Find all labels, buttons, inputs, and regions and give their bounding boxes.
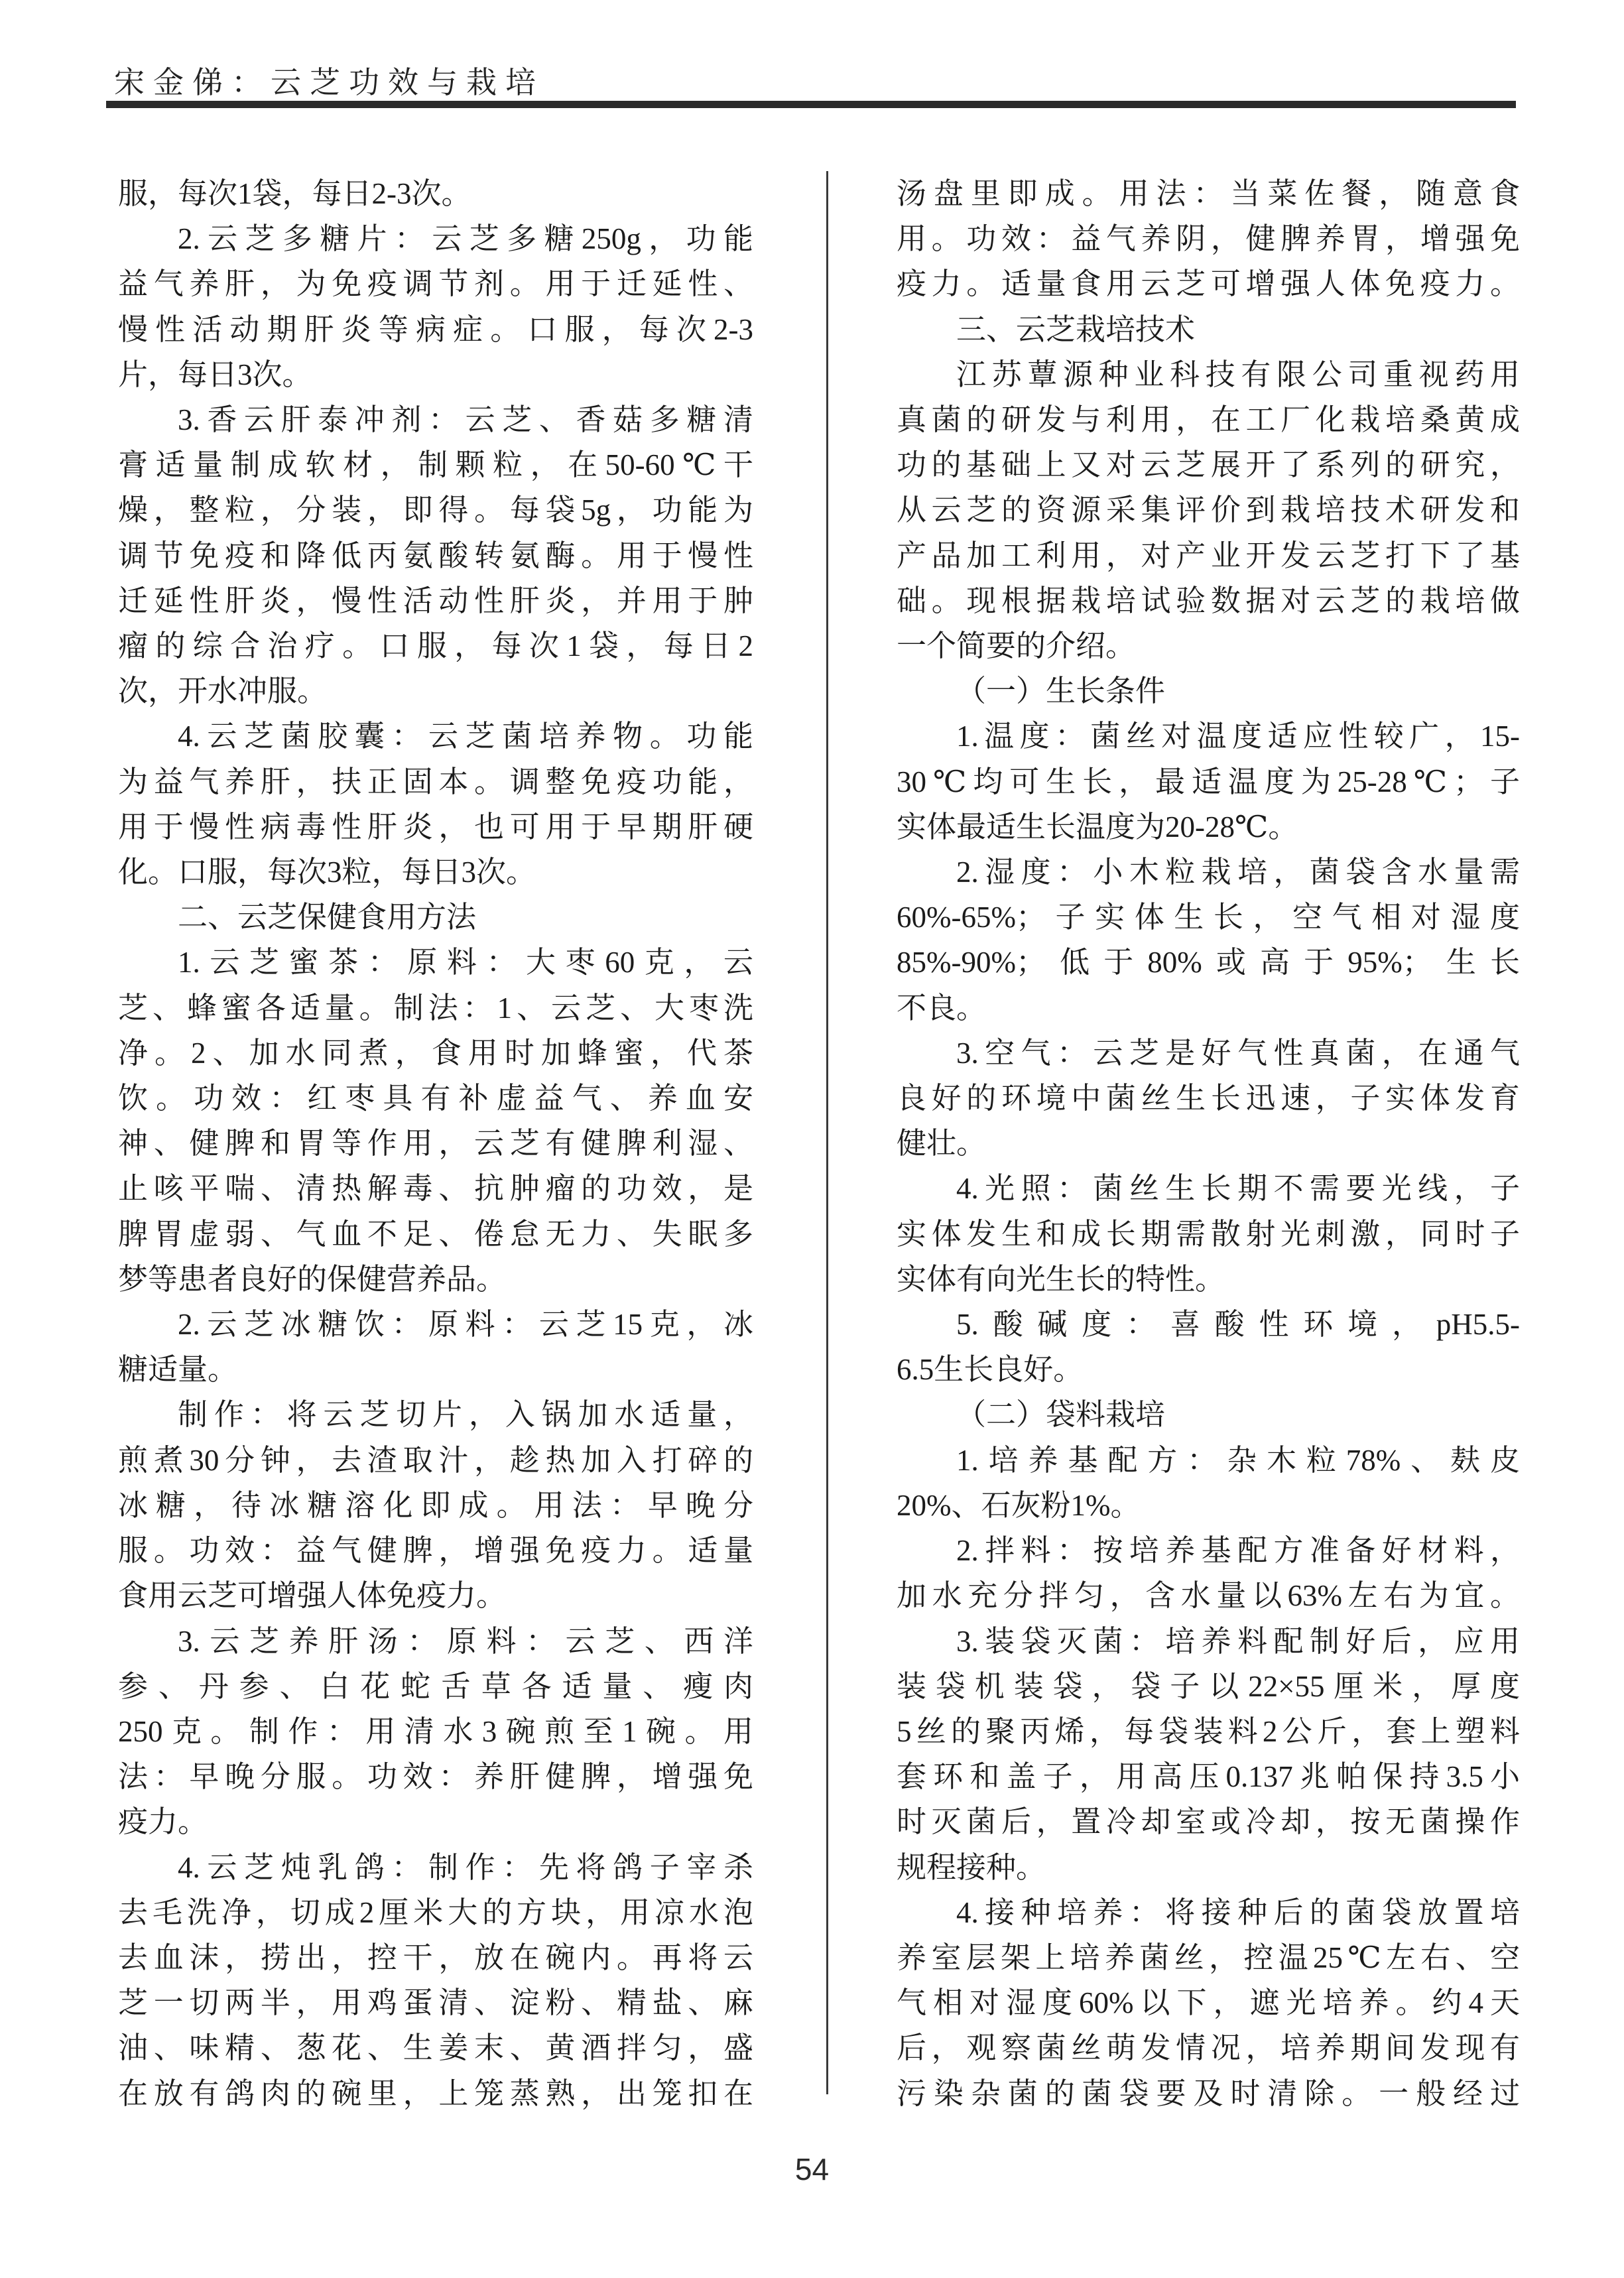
text-line: 装袋机装袋，袋子以22×55厘米，厚度 <box>897 1664 1520 1709</box>
text-line: 4.云芝炖乳鸽：制作：先将鸽子宰杀 <box>118 1845 753 1890</box>
text-line: 脾胃虚弱、气血不足、倦怠无力、失眠多 <box>118 1212 753 1257</box>
text-line: 60%-65%；子实体生长，空气相对湿度 <box>897 895 1520 940</box>
page-number: 54 <box>795 2151 829 2187</box>
text-line: 三、云芝栽培技术 <box>897 307 1520 352</box>
text-line: 益气养肝，为免疫调节剂。用于迁延性、 <box>118 261 753 306</box>
text-line: 实体发生和成长期需散射光刺激，同时子 <box>897 1212 1520 1257</box>
text-line: 时灭菌后，置冷却室或冷却，按无菌操作 <box>897 1799 1520 1844</box>
text-line: 汤盘里即成。用法：当菜佐餐，随意食 <box>897 171 1520 216</box>
text-line: 瘤的综合治疗。口服，每次1袋，每日2 <box>118 623 753 668</box>
text-line: 梦等患者良好的保健营养品。 <box>118 1257 753 1302</box>
text-line: 3.香云肝泰冲剂：云芝、香菇多糖清 <box>118 397 753 442</box>
text-line: 健壮。 <box>897 1121 1520 1166</box>
text-line: 糖适量。 <box>118 1347 753 1392</box>
text-line: 去毛洗净，切成2厘米大的方块，用凉水泡 <box>118 1890 753 1935</box>
left-text-column: 服，每次1袋，每日2-3次。2.云芝多糖片：云芝多糖250g，功能益气养肝，为免… <box>118 171 753 2116</box>
text-line: 1.温度：菌丝对温度适应性较广，15- <box>897 714 1520 759</box>
text-line: 神、健脾和胃等作用，云芝有健脾利湿、 <box>118 1121 753 1166</box>
text-line: 煎煮30分钟，去渣取汁，趁热加入打碎的 <box>118 1438 753 1483</box>
text-line: 调节免疫和降低丙氨酸转氨酶。用于慢性 <box>118 533 753 578</box>
text-line: 净。2、加水同煮，食用时加蜂蜜，代茶 <box>118 1031 753 1076</box>
text-line: 规程接种。 <box>897 1845 1520 1890</box>
text-line: 化。口服，每次3粒，每日3次。 <box>118 850 753 895</box>
text-line: 实体有向光生长的特性。 <box>897 1257 1520 1302</box>
text-line: （二）袋料栽培 <box>897 1392 1520 1437</box>
text-line: 250克。制作：用清水3碗煎至1碗。用 <box>118 1709 753 1754</box>
text-line: 制作：将云芝切片，入锅加水适量， <box>118 1392 753 1437</box>
text-line: 法：早晚分服。功效：养肝健脾，增强免 <box>118 1754 753 1799</box>
text-line: 不良。 <box>897 985 1520 1031</box>
text-line: 服。功效：益气健脾，增强免疫力。适量 <box>118 1528 753 1573</box>
text-line: 后，观察菌丝萌发情况，培养期间发现有 <box>897 2025 1520 2070</box>
text-line: 础。现根据栽培试验数据对云芝的栽培做 <box>897 578 1520 623</box>
text-line: 5.酸碱度：喜酸性环境，pH5.5- <box>897 1302 1520 1347</box>
text-line: 85%-90%；低于80%或高于95%；生长 <box>897 940 1520 985</box>
text-line: 2.湿度：小木粒栽培，菌袋含水量需 <box>897 850 1520 895</box>
text-line: 污染杂菌的菌袋要及时清除。一般经过 <box>897 2071 1520 2116</box>
text-line: 30℃均可生长，最适温度为25-28℃；子 <box>897 759 1520 804</box>
text-line: 片，每日3次。 <box>118 352 753 397</box>
text-line: 实体最适生长温度为20-28℃。 <box>897 804 1520 850</box>
text-line: 疫力。适量食用云芝可增强人体免疫力。 <box>897 261 1520 306</box>
text-line: 2.云芝多糖片：云芝多糖250g，功能 <box>118 216 753 261</box>
text-line: 3.云芝养肝汤：原料：云芝、西洋 <box>118 1619 753 1664</box>
text-line: 服，每次1袋，每日2-3次。 <box>118 171 753 216</box>
text-line: 良好的环境中菌丝生长迅速，子实体发育 <box>897 1076 1520 1121</box>
text-line: 二、云芝保健食用方法 <box>118 895 753 940</box>
text-line: 2.拌料：按培养基配方准备好材料， <box>897 1528 1520 1573</box>
text-line: 产品加工利用，对产业开发云芝打下了基 <box>897 533 1520 578</box>
text-line: 4.云芝菌胶囊：云芝菌培养物。功能 <box>118 714 753 759</box>
text-line: 6.5生长良好。 <box>897 1347 1520 1392</box>
text-line: 饮。功效：红枣具有补虚益气、养血安 <box>118 1076 753 1121</box>
text-line: 气相对湿度60%以下，遮光培养。约4天 <box>897 1980 1520 2025</box>
text-line: 从云芝的资源采集评价到栽培技术研发和 <box>897 487 1520 533</box>
right-text-column: 汤盘里即成。用法：当菜佐餐，随意食用。功效：益气养阴，健脾养胃，增强免疫力。适量… <box>897 171 1520 2116</box>
column-divider <box>826 171 828 2094</box>
document-page: 宋金俤：云芝功效与栽培 服，每次1袋，每日2-3次。2.云芝多糖片：云芝多糖25… <box>0 0 1624 2278</box>
text-line: 慢性活动期肝炎等病症。口服，每次2-3 <box>118 307 753 352</box>
text-line: 为益气养肝，扶正固本。调整免疫功能， <box>118 759 753 804</box>
text-line: 1.培养基配方：杂木粒78%、麸皮 <box>897 1438 1520 1483</box>
text-line: 3.空气：云芝是好气性真菌，在通气 <box>897 1031 1520 1076</box>
text-line: 次，开水冲服。 <box>118 668 753 714</box>
running-head-title: 宋金俤：云芝功效与栽培 <box>114 58 544 102</box>
text-line: 迁延性肝炎，慢性活动性肝炎，并用于肿 <box>118 578 753 623</box>
text-line: 冰糖，待冰糖溶化即成。用法：早晚分 <box>118 1483 753 1528</box>
text-line: 食用云芝可增强人体免疫力。 <box>118 1573 753 1618</box>
text-line: 20%、石灰粉1%。 <box>897 1483 1520 1528</box>
text-line: 用。功效：益气养阴，健脾养胃，增强免 <box>897 216 1520 261</box>
text-line: 4.光照：菌丝生长期不需要光线，子 <box>897 1166 1520 1211</box>
text-line: 4.接种培养：将接种后的菌袋放置培 <box>897 1890 1520 1935</box>
text-line: 江苏蕈源种业科技有限公司重视药用 <box>897 352 1520 397</box>
header-rule <box>106 101 1516 108</box>
text-line: 2.云芝冰糖饮：原料：云芝15克，冰 <box>118 1302 753 1347</box>
text-line: 3.装袋灭菌：培养料配制好后，应用 <box>897 1619 1520 1664</box>
text-line: 真菌的研发与利用，在工厂化栽培桑黄成 <box>897 397 1520 442</box>
text-line: 套环和盖子，用高压0.137兆帕保持3.5小 <box>897 1754 1520 1799</box>
text-line: 疫力。 <box>118 1799 753 1844</box>
text-line: 加水充分拌匀，含水量以63%左右为宜。 <box>897 1573 1520 1618</box>
text-line: 油、味精、葱花、生姜末、黄酒拌匀，盛 <box>118 2025 753 2070</box>
text-line: 燥，整粒，分装，即得。每袋5g，功能为 <box>118 487 753 533</box>
text-line: 用于慢性病毒性肝炎，也可用于早期肝硬 <box>118 804 753 850</box>
text-line: 芝一切两半，用鸡蛋清、淀粉、精盐、麻 <box>118 1980 753 2025</box>
text-line: （一）生长条件 <box>897 668 1520 714</box>
text-line: 1.云芝蜜茶：原料：大枣60克，云 <box>118 940 753 985</box>
text-line: 参、丹参、白花蛇舌草各适量、瘦肉 <box>118 1664 753 1709</box>
text-line: 膏适量制成软材，制颗粒，在50-60℃干 <box>118 442 753 487</box>
text-line: 止咳平喘、清热解毒、抗肿瘤的功效，是 <box>118 1166 753 1211</box>
text-line: 在放有鸽肉的碗里，上笼蒸熟，出笼扣在 <box>118 2071 753 2116</box>
text-line: 5丝的聚丙烯，每袋装料2公斤，套上塑料 <box>897 1709 1520 1754</box>
text-line: 功的基础上又对云芝展开了系列的研究， <box>897 442 1520 487</box>
text-line: 一个简要的介绍。 <box>897 623 1520 668</box>
text-line: 芝、蜂蜜各适量。制法：1、云芝、大枣洗 <box>118 985 753 1031</box>
text-line: 去血沫，捞出，控干，放在碗内。再将云 <box>118 1935 753 1980</box>
text-line: 养室层架上培养菌丝，控温25℃左右、空 <box>897 1935 1520 1980</box>
